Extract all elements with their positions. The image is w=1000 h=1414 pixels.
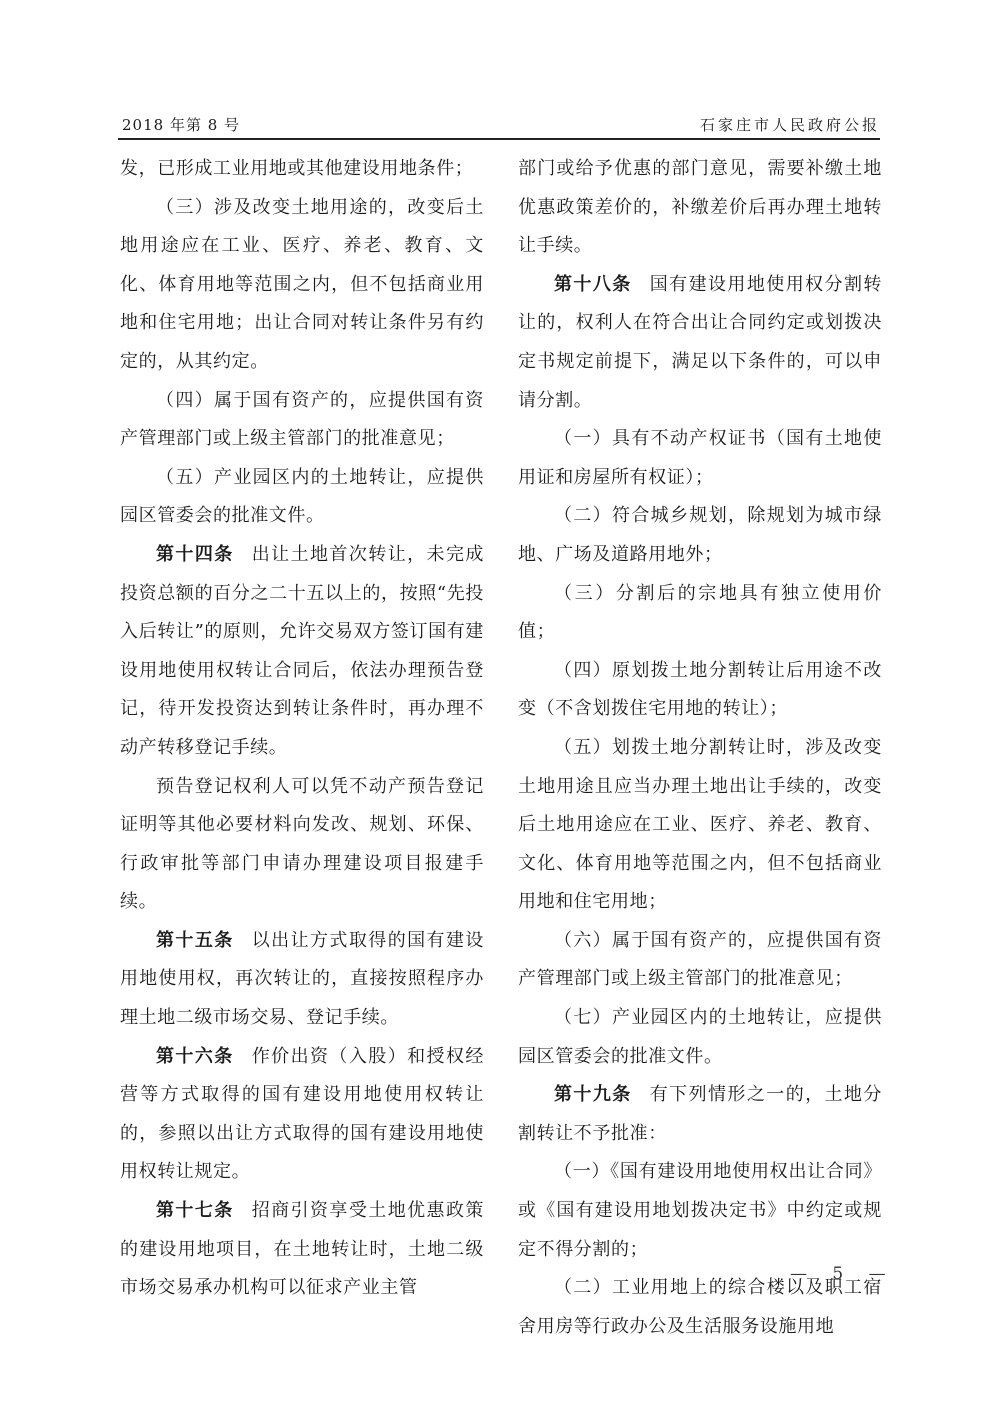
paragraph: （五）产业园区内的土地转让，应提供园区管委会的批准文件。 bbox=[120, 459, 484, 536]
paragraph: 第十四条出让土地首次转让，未完成投资总额的百分之二十五以上的，按照“先投入后转让… bbox=[120, 536, 484, 768]
paragraph-text: （二）工业用地上的综合楼以及职工宿舍用房等行政办公及生活服务设施用地 bbox=[518, 1277, 882, 1337]
paragraph-text: 预告登记权利人可以凭不动产预告登记证明等其他必要材料向发改、规划、环保、行政审批… bbox=[120, 776, 484, 913]
right-column: 部门或给予优惠的部门意见，需要补缴土地优惠政策差价的，补缴差价后再办理土地转让手… bbox=[518, 150, 882, 1346]
page-number: — 5 — bbox=[790, 1264, 896, 1284]
paragraph: （五）划拨土地分割转让时，涉及改变土地用途且应当办理土地出让手续的，改变后土地用… bbox=[518, 729, 882, 922]
running-header: 2018 年第 8 号 石家庄市人民政府公报 bbox=[118, 114, 880, 136]
header-rule bbox=[118, 138, 880, 140]
paragraph: 第十八条国有建设用地使用权分割转让的，权利人在符合出让合同约定或划拨决定书规定前… bbox=[518, 266, 882, 420]
paragraph-text: （三）分割后的宗地具有独立使用价值； bbox=[518, 583, 882, 643]
paragraph-text: 出让土地首次转让，未完成投资总额的百分之二十五以上的，按照“先投入后转让”的原则… bbox=[120, 544, 484, 758]
article-number: 第十八条 bbox=[554, 274, 632, 295]
paragraph: 部门或给予优惠的部门意见，需要补缴土地优惠政策差价的，补缴差价后再办理土地转让手… bbox=[518, 150, 882, 266]
paragraph: 第十五条以出让方式取得的国有建设用地使用权，再次转让的，直接按照程序办理土地二级… bbox=[120, 922, 484, 1038]
paragraph-text: （一）具有不动产权证书（国有土地使用证和房屋所有权证）； bbox=[518, 428, 882, 488]
paragraph: 第十七条招商引资享受土地优惠政策的建设用地项目，在土地转让时，土地二级市场交易承… bbox=[120, 1192, 484, 1308]
left-column: 发，已形成工业用地或其他建设用地条件； （三）涉及改变土地用途的，改变后土地用途… bbox=[120, 150, 484, 1308]
paragraph-text: （一）《国有建设用地使用权出让合同》或《国有建设用地划拨决定书》中约定或规定不得… bbox=[518, 1161, 882, 1259]
paragraph: （一）《国有建设用地使用权出让合同》或《国有建设用地划拨决定书》中约定或规定不得… bbox=[518, 1153, 882, 1269]
article-number: 第十四条 bbox=[156, 544, 234, 565]
paragraph-text: （四）属于国有资产的，应提供国有资产管理部门或上级主管部门的批准意见； bbox=[120, 390, 484, 450]
paragraph-text: 发，已形成工业用地或其他建设用地条件； bbox=[120, 158, 473, 179]
paragraph-text: 部门或给予优惠的部门意见，需要补缴土地优惠政策差价的，补缴差价后再办理土地转让手… bbox=[518, 158, 882, 256]
paragraph: （三）分割后的宗地具有独立使用价值； bbox=[518, 575, 882, 652]
article-number: 第十六条 bbox=[156, 1046, 234, 1067]
paragraph-text: （三）涉及改变土地用途的，改变后土地用途应在工业、医疗、养老、教育、文化、体育用… bbox=[120, 197, 484, 372]
paragraph: （四）原划拨土地分割转让后用途不改变（不含划拨住宅用地的转让）； bbox=[518, 652, 882, 729]
paragraph: （七）产业园区内的土地转让，应提供园区管委会的批准文件。 bbox=[518, 999, 882, 1076]
article-number: 第十九条 bbox=[554, 1084, 632, 1105]
article-number: 第十七条 bbox=[156, 1200, 234, 1221]
paragraph-text: （四）原划拨土地分割转让后用途不改变（不含划拨住宅用地的转让）； bbox=[518, 660, 882, 720]
publication-title: 石家庄市人民政府公报 bbox=[700, 114, 880, 135]
paragraph-text: （五）划拨土地分割转让时，涉及改变土地用途且应当办理土地出让手续的，改变后土地用… bbox=[518, 737, 882, 912]
paragraph: （三）涉及改变土地用途的，改变后土地用途应在工业、医疗、养老、教育、文化、体育用… bbox=[120, 189, 484, 382]
paragraph: （一）具有不动产权证书（国有土地使用证和房屋所有权证）； bbox=[518, 420, 882, 497]
paragraph-text: （七）产业园区内的土地转让，应提供园区管委会的批准文件。 bbox=[518, 1007, 882, 1067]
paragraph: 预告登记权利人可以凭不动产预告登记证明等其他必要材料向发改、规划、环保、行政审批… bbox=[120, 768, 484, 922]
paragraph-text: （五）产业园区内的土地转让，应提供园区管委会的批准文件。 bbox=[120, 467, 484, 527]
paragraph-text: （二）符合城乡规划，除规划为城市绿地、广场及道路用地外； bbox=[518, 505, 882, 565]
paragraph: （六）属于国有资产的，应提供国有资产管理部门或上级主管部门的批准意见； bbox=[518, 922, 882, 999]
paragraph: （二）符合城乡规划，除规划为城市绿地、广场及道路用地外； bbox=[518, 497, 882, 574]
paragraph: 第十九条有下列情形之一的，土地分割转让不予批准： bbox=[518, 1076, 882, 1153]
article-number: 第十五条 bbox=[156, 930, 234, 951]
paragraph-text: （六）属于国有资产的，应提供国有资产管理部门或上级主管部门的批准意见； bbox=[518, 930, 882, 990]
issue-label: 2018 年第 8 号 bbox=[122, 114, 240, 135]
paragraph: 第十六条作价出资（入股）和授权经营等方式取得的国有建设用地使用权转让的，参照以出… bbox=[120, 1038, 484, 1192]
paragraph: （四）属于国有资产的，应提供国有资产管理部门或上级主管部门的批准意见； bbox=[120, 382, 484, 459]
paragraph: 发，已形成工业用地或其他建设用地条件； bbox=[120, 150, 484, 189]
